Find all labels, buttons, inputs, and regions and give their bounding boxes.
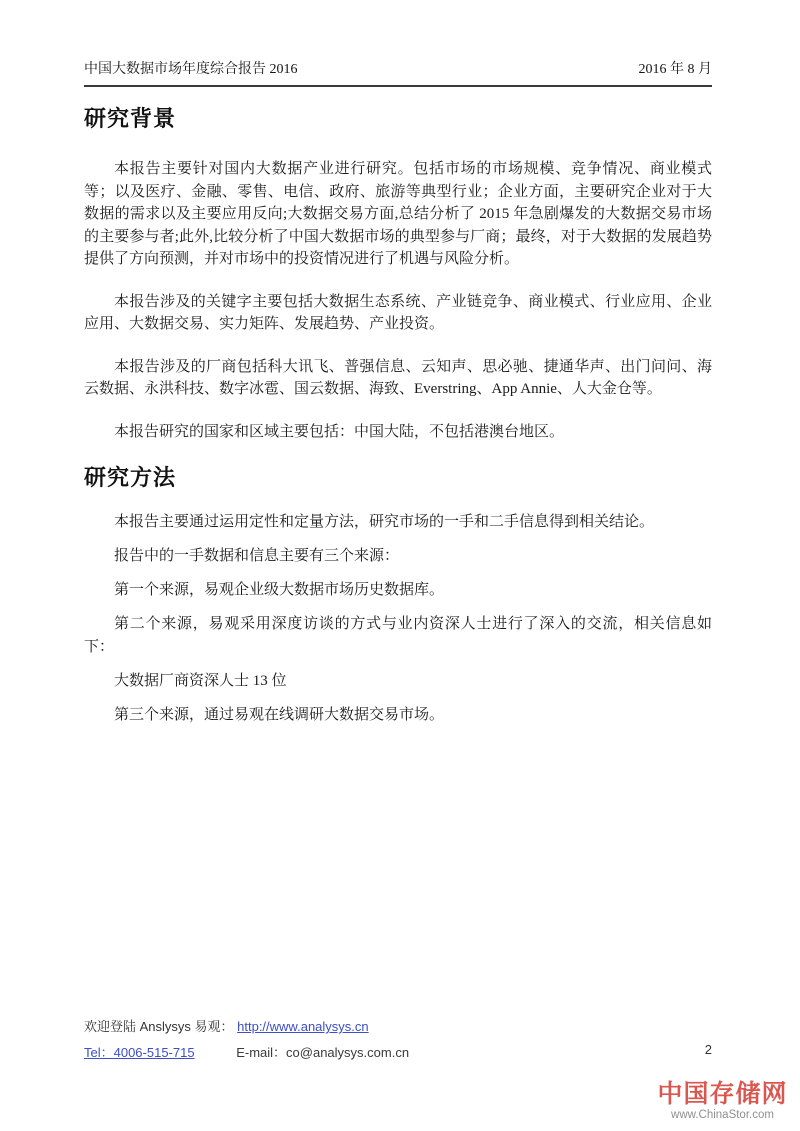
section-title-research-method: 研究方法 — [84, 463, 712, 493]
watermark-title: 中国存储网 — [650, 1082, 795, 1107]
section-research-method: 研究方法 本报告主要通过运用定性和定量方法，研究市场的一手和二手信息得到相关结论… — [84, 463, 712, 726]
footer-welcome-text: 欢迎登陆 Anslysys 易观： — [84, 1019, 234, 1034]
footer-contact-line: Tel：4006-515-715 E-mail：co@analysys.com.… — [84, 1042, 712, 1061]
paragraph: 第三个来源，通过易观在线调研大数据交易市场。 — [84, 704, 712, 727]
paragraph: 大数据厂商资深人士 13 位 — [84, 670, 712, 693]
paragraph: 第二个来源，易观采用深度访谈的方式与业内资深人士进行了深入的交流，相关信息如下： — [84, 613, 712, 658]
paragraph: 本报告研究的国家和区域主要包括：中国大陆，不包括港澳台地区。 — [84, 421, 712, 444]
page-header: 中国大数据市场年度综合报告 2016 2016 年 8 月 — [84, 58, 712, 87]
tel-link[interactable]: Tel：4006-515-715 — [84, 1045, 195, 1060]
paragraph: 本报告涉及的厂商包括科大讯飞、普强信息、云知声、思必驰、捷通华声、出门问问、海云… — [84, 356, 712, 401]
paragraph: 报告中的一手数据和信息主要有三个来源： — [84, 545, 712, 568]
watermark: 中国存储网 www.ChinaStor.com — [650, 1082, 795, 1122]
watermark-subtitle: www.ChinaStor.com — [650, 1110, 795, 1122]
paragraph: 第一个来源，易观企业级大数据市场历史数据库。 — [84, 579, 712, 602]
paragraph: 本报告主要通过运用定性和定量方法，研究市场的一手和二手信息得到相关结论。 — [84, 511, 712, 534]
paragraph: 本报告主要针对国内大数据产业进行研究。包括市场的市场规模、竞争情况、商业模式等；… — [84, 158, 712, 271]
page-footer: 欢迎登陆 Anslysys 易观： http://www.analysys.cn… — [84, 1016, 712, 1068]
header-report-title: 中国大数据市场年度综合报告 2016 — [84, 58, 298, 78]
report-page: { "header": { "title": "中国大数据市场年度综合报告 20… — [0, 0, 800, 1131]
paragraph: 本报告涉及的关键字主要包括大数据生态系统、产业链竞争、商业模式、行业应用、企业应… — [84, 291, 712, 336]
footer-welcome-line: 欢迎登陆 Anslysys 易观： http://www.analysys.cn — [84, 1016, 712, 1035]
section-title-research-background: 研究背景 — [84, 104, 712, 134]
section-research-background: 研究背景 本报告主要针对国内大数据产业进行研究。包括市场的市场规模、竞争情况、商… — [84, 104, 712, 443]
page-content: 研究背景 本报告主要针对国内大数据产业进行研究。包括市场的市场规模、竞争情况、商… — [84, 96, 712, 738]
email-text: E-mail：co@analysys.com.cn — [236, 1045, 409, 1060]
page-number: 2 — [705, 1042, 712, 1057]
website-link[interactable]: http://www.analysys.cn — [237, 1019, 369, 1034]
header-date: 2016 年 8 月 — [639, 58, 713, 78]
